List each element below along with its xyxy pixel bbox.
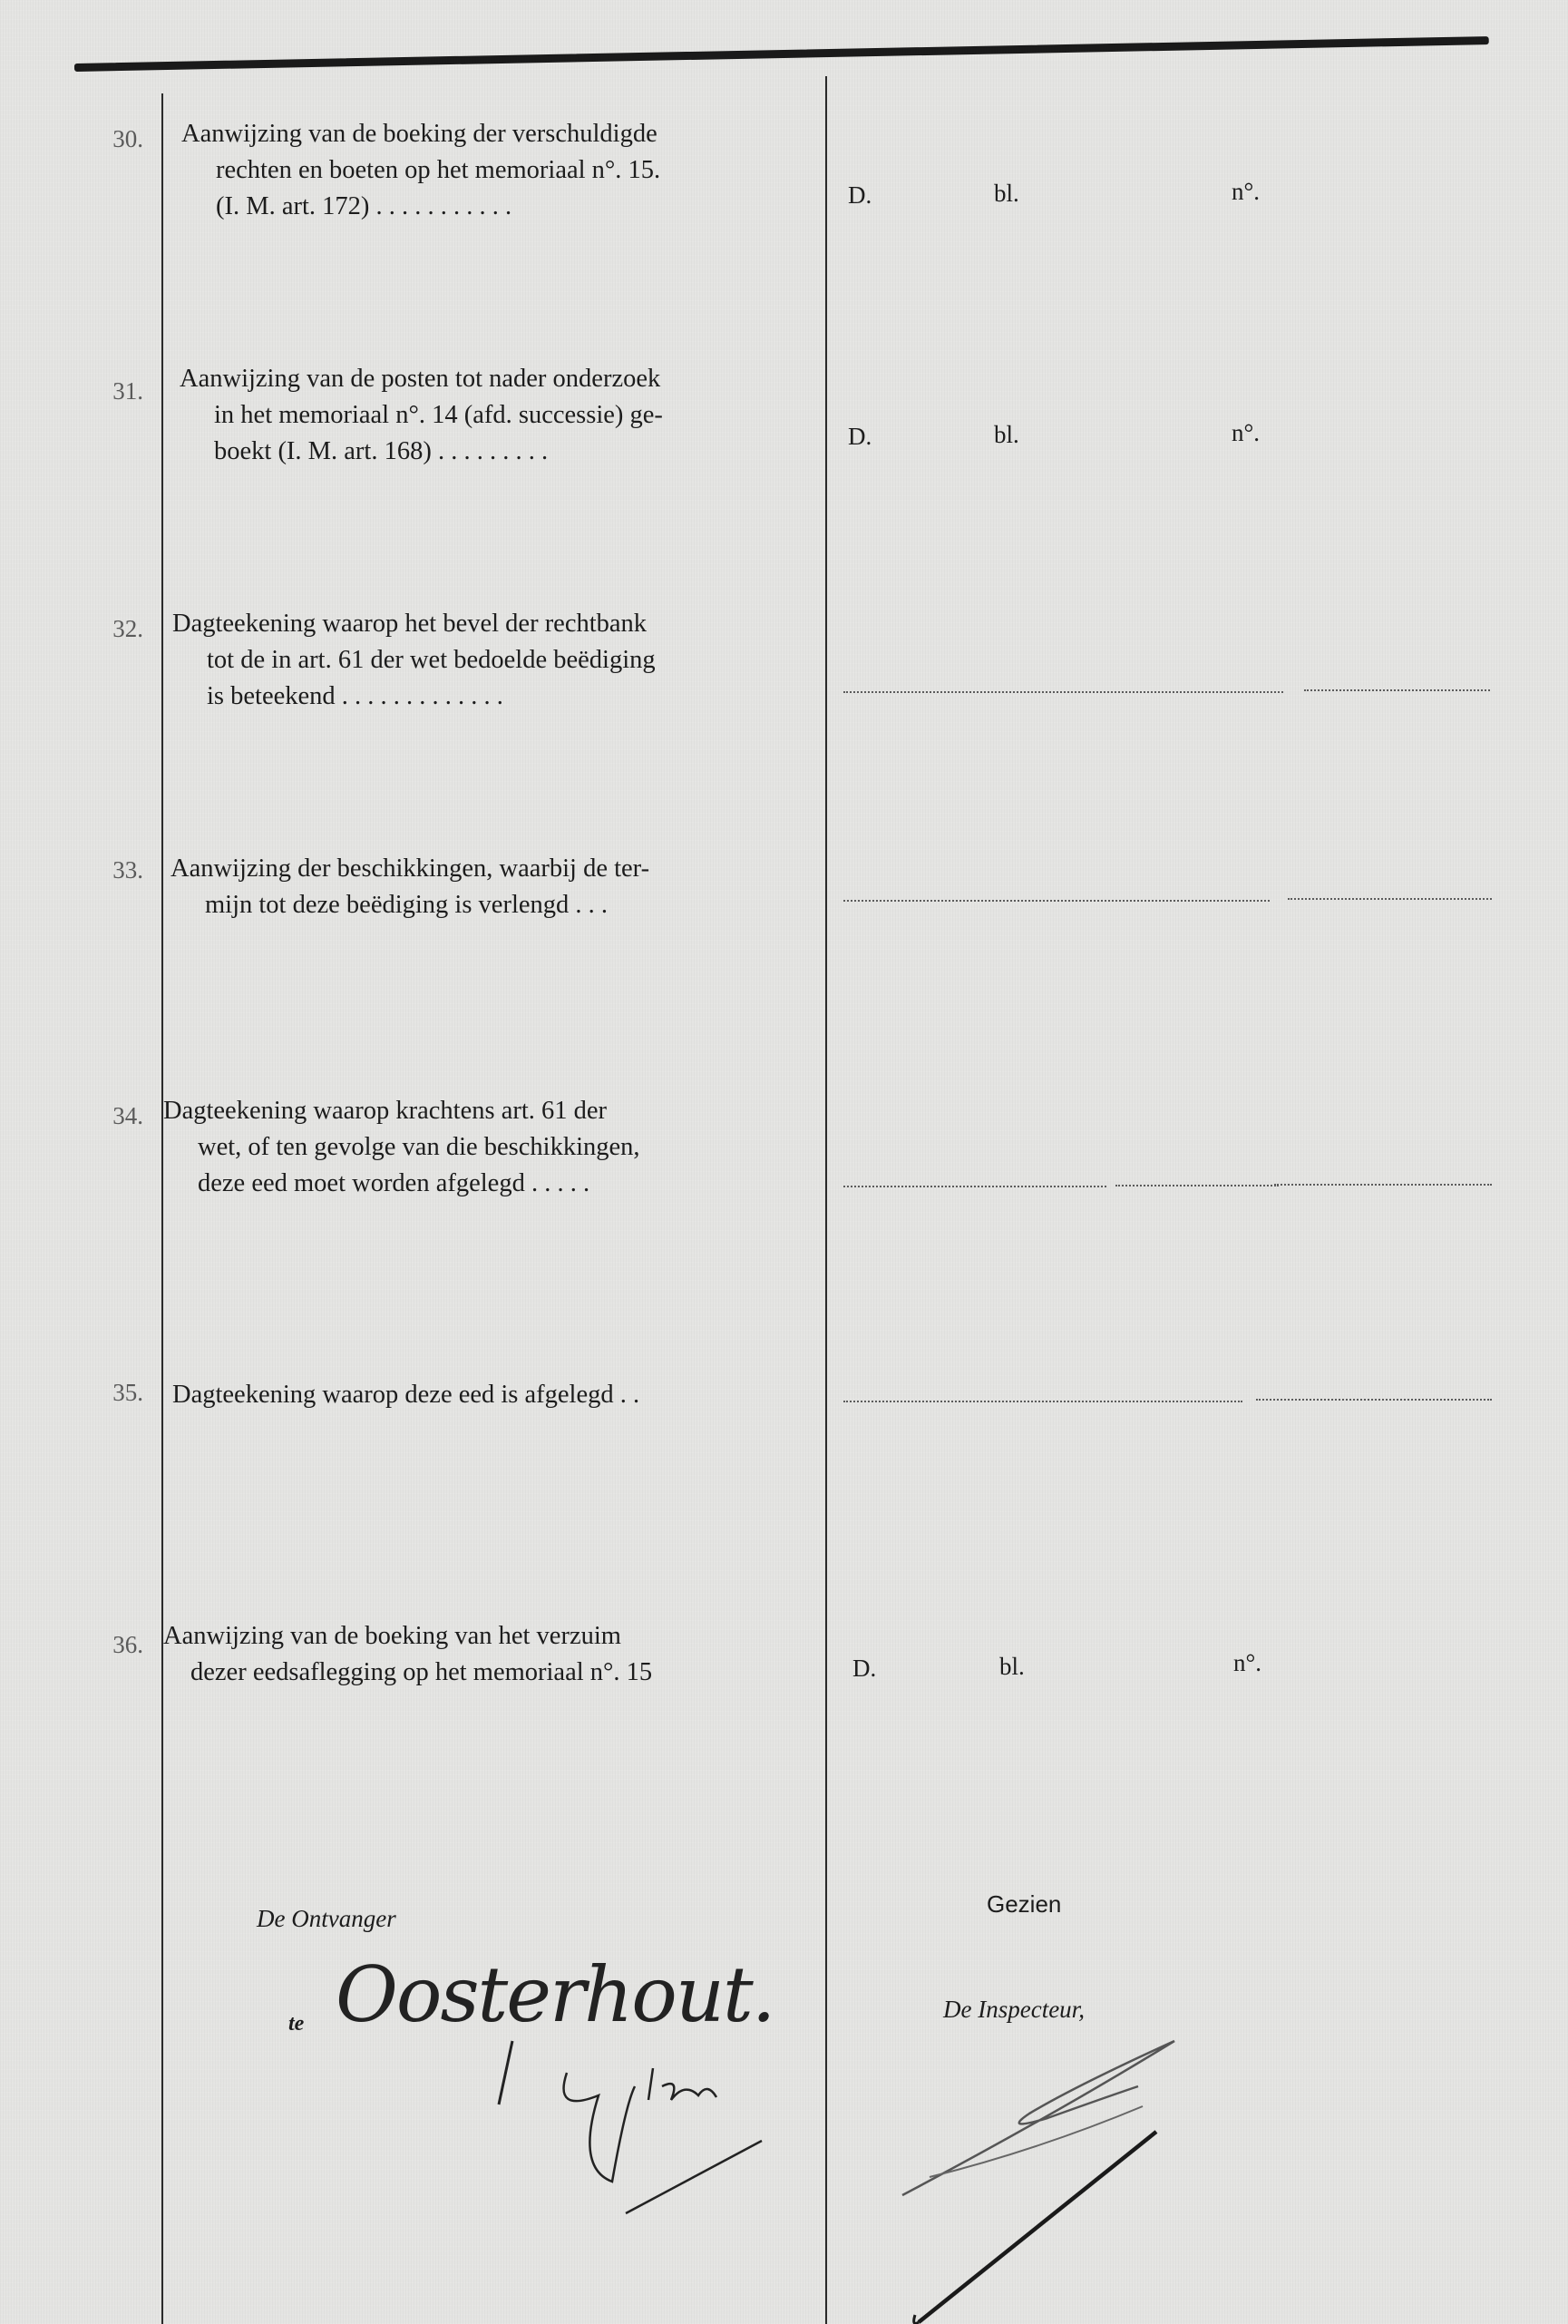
answer-blank-line[interactable] bbox=[1304, 689, 1490, 691]
top-heavy-rule bbox=[74, 36, 1489, 72]
number-column-divider bbox=[161, 93, 163, 2324]
page-bl-label: bl. bbox=[994, 180, 1019, 208]
row-description: Dagteekening waarop deze eed is afgelegd… bbox=[172, 1377, 807, 1413]
answer-blank-line[interactable] bbox=[843, 1186, 1106, 1187]
row-number: 34. bbox=[71, 1102, 143, 1130]
number-no-label: n°. bbox=[1232, 419, 1260, 447]
page-bl-label: bl. bbox=[999, 1653, 1025, 1681]
row-number: 30. bbox=[71, 125, 143, 153]
row-number: 33. bbox=[71, 856, 143, 884]
ontvanger-title: De Ontvanger bbox=[257, 1905, 396, 1933]
answer-blank-line[interactable] bbox=[1288, 898, 1492, 900]
row-description: Dagteekening waarop het bevel der rechtb… bbox=[172, 606, 807, 715]
row-description: Aanwijzing der beschikkingen, waarbij de… bbox=[170, 851, 805, 923]
answer-blank-line[interactable] bbox=[1115, 1185, 1279, 1186]
row-description: Aanwijzing van de boeking van het verzui… bbox=[163, 1618, 798, 1691]
handwritten-place: Oosterhout. bbox=[336, 1950, 774, 2039]
answer-blank-line[interactable] bbox=[843, 1401, 1242, 1402]
row-number: 31. bbox=[71, 377, 143, 405]
answer-column-divider bbox=[825, 76, 827, 2324]
number-no-label: n°. bbox=[1232, 178, 1260, 206]
answer-blank-line[interactable] bbox=[843, 691, 1283, 693]
page-bl-label: bl. bbox=[994, 421, 1019, 449]
row-description: Aanwijzing van de posten tot nader onder… bbox=[180, 361, 814, 470]
ontvanger-signature-icon bbox=[490, 2032, 780, 2195]
number-no-label: n°. bbox=[1233, 1649, 1261, 1677]
answer-blank-line[interactable] bbox=[1274, 1184, 1492, 1186]
row-number: 35. bbox=[71, 1379, 143, 1407]
row-description: Dagteekening waarop krachtens art. 61 de… bbox=[163, 1093, 798, 1202]
register-d-label: D. bbox=[848, 423, 872, 451]
inspecteur-signature-icon bbox=[893, 2032, 1274, 2324]
register-d-label: D. bbox=[848, 181, 872, 210]
inspecteur-title: De Inspecteur, bbox=[943, 1996, 1085, 2024]
row-number: 32. bbox=[71, 615, 143, 643]
place-prefix: te bbox=[288, 2012, 304, 2036]
answer-blank-line[interactable] bbox=[1256, 1399, 1492, 1401]
register-d-label: D. bbox=[852, 1655, 876, 1683]
seen-label: Gezien bbox=[987, 1890, 1061, 1919]
answer-blank-line[interactable] bbox=[843, 900, 1270, 902]
row-number: 36. bbox=[71, 1631, 143, 1659]
row-description: Aanwijzing van de boeking der verschuldi… bbox=[181, 116, 816, 225]
scanned-form-page: 30. Aanwijzing van de boeking der versch… bbox=[0, 0, 1568, 2324]
